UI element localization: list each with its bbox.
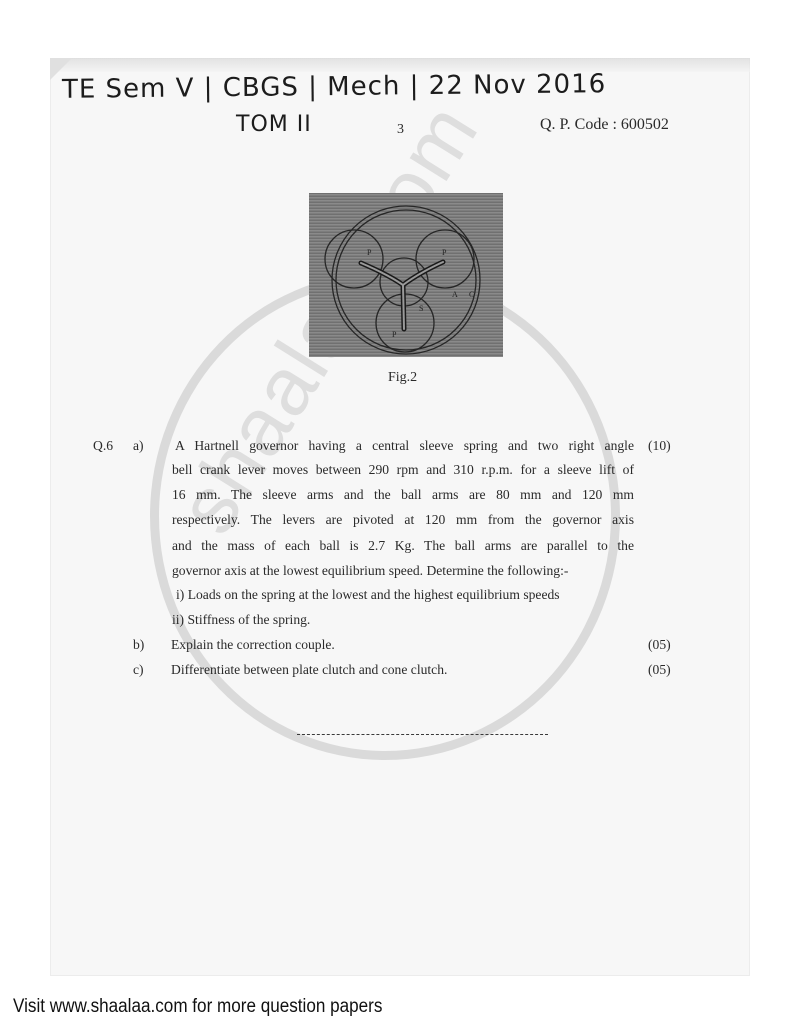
handwritten-subject: TOM II xyxy=(236,112,312,137)
governor-figure: P P P S A C xyxy=(309,193,503,357)
part-b-label: b) xyxy=(133,637,144,653)
part-a-line: respectively. The levers are pivoted at … xyxy=(172,512,634,528)
end-of-paper-divider xyxy=(297,734,548,735)
svg-text:P: P xyxy=(367,248,372,257)
part-a-subitem: ii) Stiffness of the spring. xyxy=(172,612,310,628)
part-a-subitem: i) Loads on the spring at the lowest and… xyxy=(176,587,560,603)
part-a-line: A Hartnell governor having a central sle… xyxy=(175,438,634,454)
svg-text:S: S xyxy=(419,304,423,313)
svg-text:C: C xyxy=(469,290,474,299)
part-a-marks: (10) xyxy=(648,438,671,454)
qp-code: Q. P. Code : 600502 xyxy=(540,116,669,134)
svg-text:P: P xyxy=(442,248,447,257)
part-c-text: Differentiate between plate clutch and c… xyxy=(171,662,447,678)
scan-shadow xyxy=(50,58,750,72)
governor-diagram: P P P S A C xyxy=(309,193,503,357)
part-a-line: bell crank lever moves between 290 rpm a… xyxy=(172,462,634,478)
part-c-label: c) xyxy=(133,662,144,678)
part-a-line: governor axis at the lowest equilibrium … xyxy=(172,563,568,579)
page-number: 3 xyxy=(397,122,404,138)
part-a-line: and the mass of each ball is 2.7 Kg. The… xyxy=(172,538,634,554)
handwritten-exam-info: TE Sem V | CBGS | Mech | 22 Nov 2016 xyxy=(62,69,607,105)
svg-text:P: P xyxy=(392,330,397,339)
figure-caption: Fig.2 xyxy=(388,370,417,386)
part-a-label: a) xyxy=(133,438,144,454)
part-b-text: Explain the correction couple. xyxy=(171,637,335,653)
part-b-marks: (05) xyxy=(648,637,671,653)
question-number: Q.6 xyxy=(93,438,113,454)
part-a-line: 16 mm. The sleeve arms and the ball arms… xyxy=(172,487,634,503)
part-c-marks: (05) xyxy=(648,662,671,678)
svg-text:A: A xyxy=(452,290,458,299)
footer-link-text: Visit www.shaalaa.com for more question … xyxy=(13,996,382,1018)
